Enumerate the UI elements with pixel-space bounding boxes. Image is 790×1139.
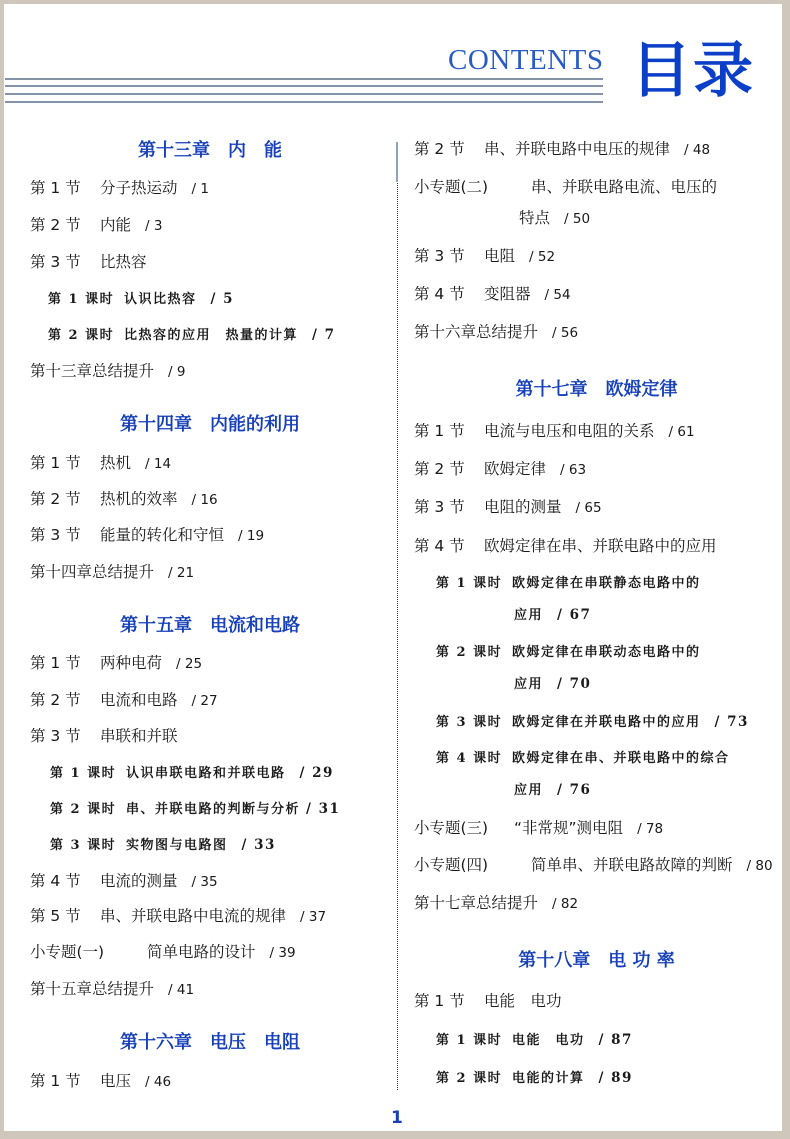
toc-topic-entry[interactable]: 小专题(二)串、并联电路电流、电压的 特点/ 50: [414, 177, 717, 233]
toc-entry[interactable]: 第 1 节两种电荷/ 25: [30, 653, 202, 674]
toc-summary-entry[interactable]: 第十六章总结提升/ 56: [414, 322, 578, 343]
toc-summary-entry[interactable]: 第十七章总结提升/ 82: [414, 893, 578, 914]
toc-lesson-entry[interactable]: 第 1 课时认识串联电路和并联电路/ 29: [50, 763, 334, 784]
page-number: 1: [391, 1108, 403, 1128]
toc-entry[interactable]: 第 3 节电阻的测量/ 65: [414, 497, 602, 518]
header-rule: [5, 85, 603, 87]
chapter-17-heading[interactable]: 第十七章 欧姆定律: [414, 379, 779, 401]
toc-entry[interactable]: 第 3 节比热容: [30, 252, 147, 272]
toc-entry[interactable]: 第 3 节串联和并联: [30, 726, 178, 746]
toc-entry[interactable]: 第 4 节电流的测量/ 35: [30, 871, 218, 892]
contents-title-en: CONTENTS: [448, 44, 603, 77]
toc-entry[interactable]: 第 2 节内能/ 3: [30, 215, 162, 236]
toc-lesson-entry[interactable]: 第 4 课时欧姆定律在串、并联电路中的综合 应用/ 76: [436, 749, 730, 801]
column-divider-top: [396, 142, 398, 182]
toc-lesson-entry[interactable]: 第 1 课时认识比热容/ 5: [48, 289, 234, 310]
toc-topic-entry[interactable]: 小专题(三)“非常规”测电阻/ 78: [414, 818, 663, 839]
toc-lesson-entry[interactable]: 第 3 课时欧姆定律在并联电路中的应用/ 73: [436, 712, 749, 733]
toc-entry[interactable]: 第 1 节电能 电功: [414, 991, 562, 1011]
contents-title-zh: 目录: [631, 36, 755, 106]
toc-lesson-entry[interactable]: 第 3 课时实物图与电路图/ 33: [50, 835, 276, 856]
chapter-18-heading[interactable]: 第十八章 电 功 率: [414, 950, 779, 972]
toc-entry[interactable]: 第 1 节电流与电压和电阻的关系/ 61: [414, 421, 695, 442]
toc-entry[interactable]: 第 4 节变阻器/ 54: [414, 284, 571, 305]
header-rule: [5, 101, 603, 103]
toc-entry[interactable]: 第 2 节电流和电路/ 27: [30, 690, 218, 711]
toc-entry[interactable]: 第 1 节电压/ 46: [30, 1071, 171, 1092]
chapter-13-heading[interactable]: 第十三章 内 能: [30, 140, 390, 162]
toc-lesson-entry[interactable]: 第 2 课时电能的计算/ 89: [436, 1068, 633, 1089]
toc-entry[interactable]: 第 3 节能量的转化和守恒/ 19: [30, 525, 264, 546]
toc-topic-entry[interactable]: 小专题(四)简单串、并联电路故障的判断/ 80: [414, 855, 773, 876]
toc-entry[interactable]: 第 1 节分子热运动/ 1: [30, 178, 209, 199]
toc-entry[interactable]: 第 2 节热机的效率/ 16: [30, 489, 218, 510]
toc-entry[interactable]: 第 3 节电阻/ 52: [414, 246, 555, 267]
toc-lesson-entry[interactable]: 第 2 课时比热容的应用 热量的计算/ 7: [48, 325, 336, 346]
header-rule: [5, 78, 603, 80]
toc-entry[interactable]: 第 5 节串、并联电路中电流的规律/ 37: [30, 906, 326, 927]
chapter-14-heading[interactable]: 第十四章 内能的利用: [30, 414, 390, 436]
toc-summary-entry[interactable]: 第十四章总结提升/ 21: [30, 562, 194, 583]
toc-lesson-entry[interactable]: 第 1 课时欧姆定律在串联静态电路中的 应用/ 67: [436, 574, 701, 626]
toc-summary-entry[interactable]: 第十五章总结提升/ 41: [30, 979, 194, 1000]
toc-entry[interactable]: 第 2 节欧姆定律/ 63: [414, 459, 586, 480]
chapter-16-heading[interactable]: 第十六章 电压 电阻: [30, 1032, 390, 1054]
toc-lesson-entry[interactable]: 第 1 课时电能 电功/ 87: [436, 1030, 633, 1051]
toc-entry[interactable]: 第 4 节欧姆定律在串、并联电路中的应用: [414, 536, 717, 556]
toc-summary-entry[interactable]: 第十三章总结提升/ 9: [30, 361, 185, 382]
book-page: CONTENTS 目录 第十三章 内 能 第 1 节分子热运动/ 1 第 2 节…: [4, 4, 782, 1131]
toc-lesson-entry[interactable]: 第 2 课时欧姆定律在串联动态电路中的 应用/ 70: [436, 643, 701, 695]
toc-topic-entry[interactable]: 小专题(一)简单电路的设计/ 39: [30, 942, 296, 963]
chapter-15-heading[interactable]: 第十五章 电流和电路: [30, 615, 390, 637]
header-rule: [5, 93, 603, 95]
toc-entry[interactable]: 第 2 节串、并联电路中电压的规律/ 48: [414, 139, 710, 160]
column-divider: [397, 142, 398, 1090]
toc-entry[interactable]: 第 1 节热机/ 14: [30, 453, 171, 474]
toc-lesson-entry[interactable]: 第 2 课时串、并联电路的判断与分析/ 31: [50, 799, 340, 820]
